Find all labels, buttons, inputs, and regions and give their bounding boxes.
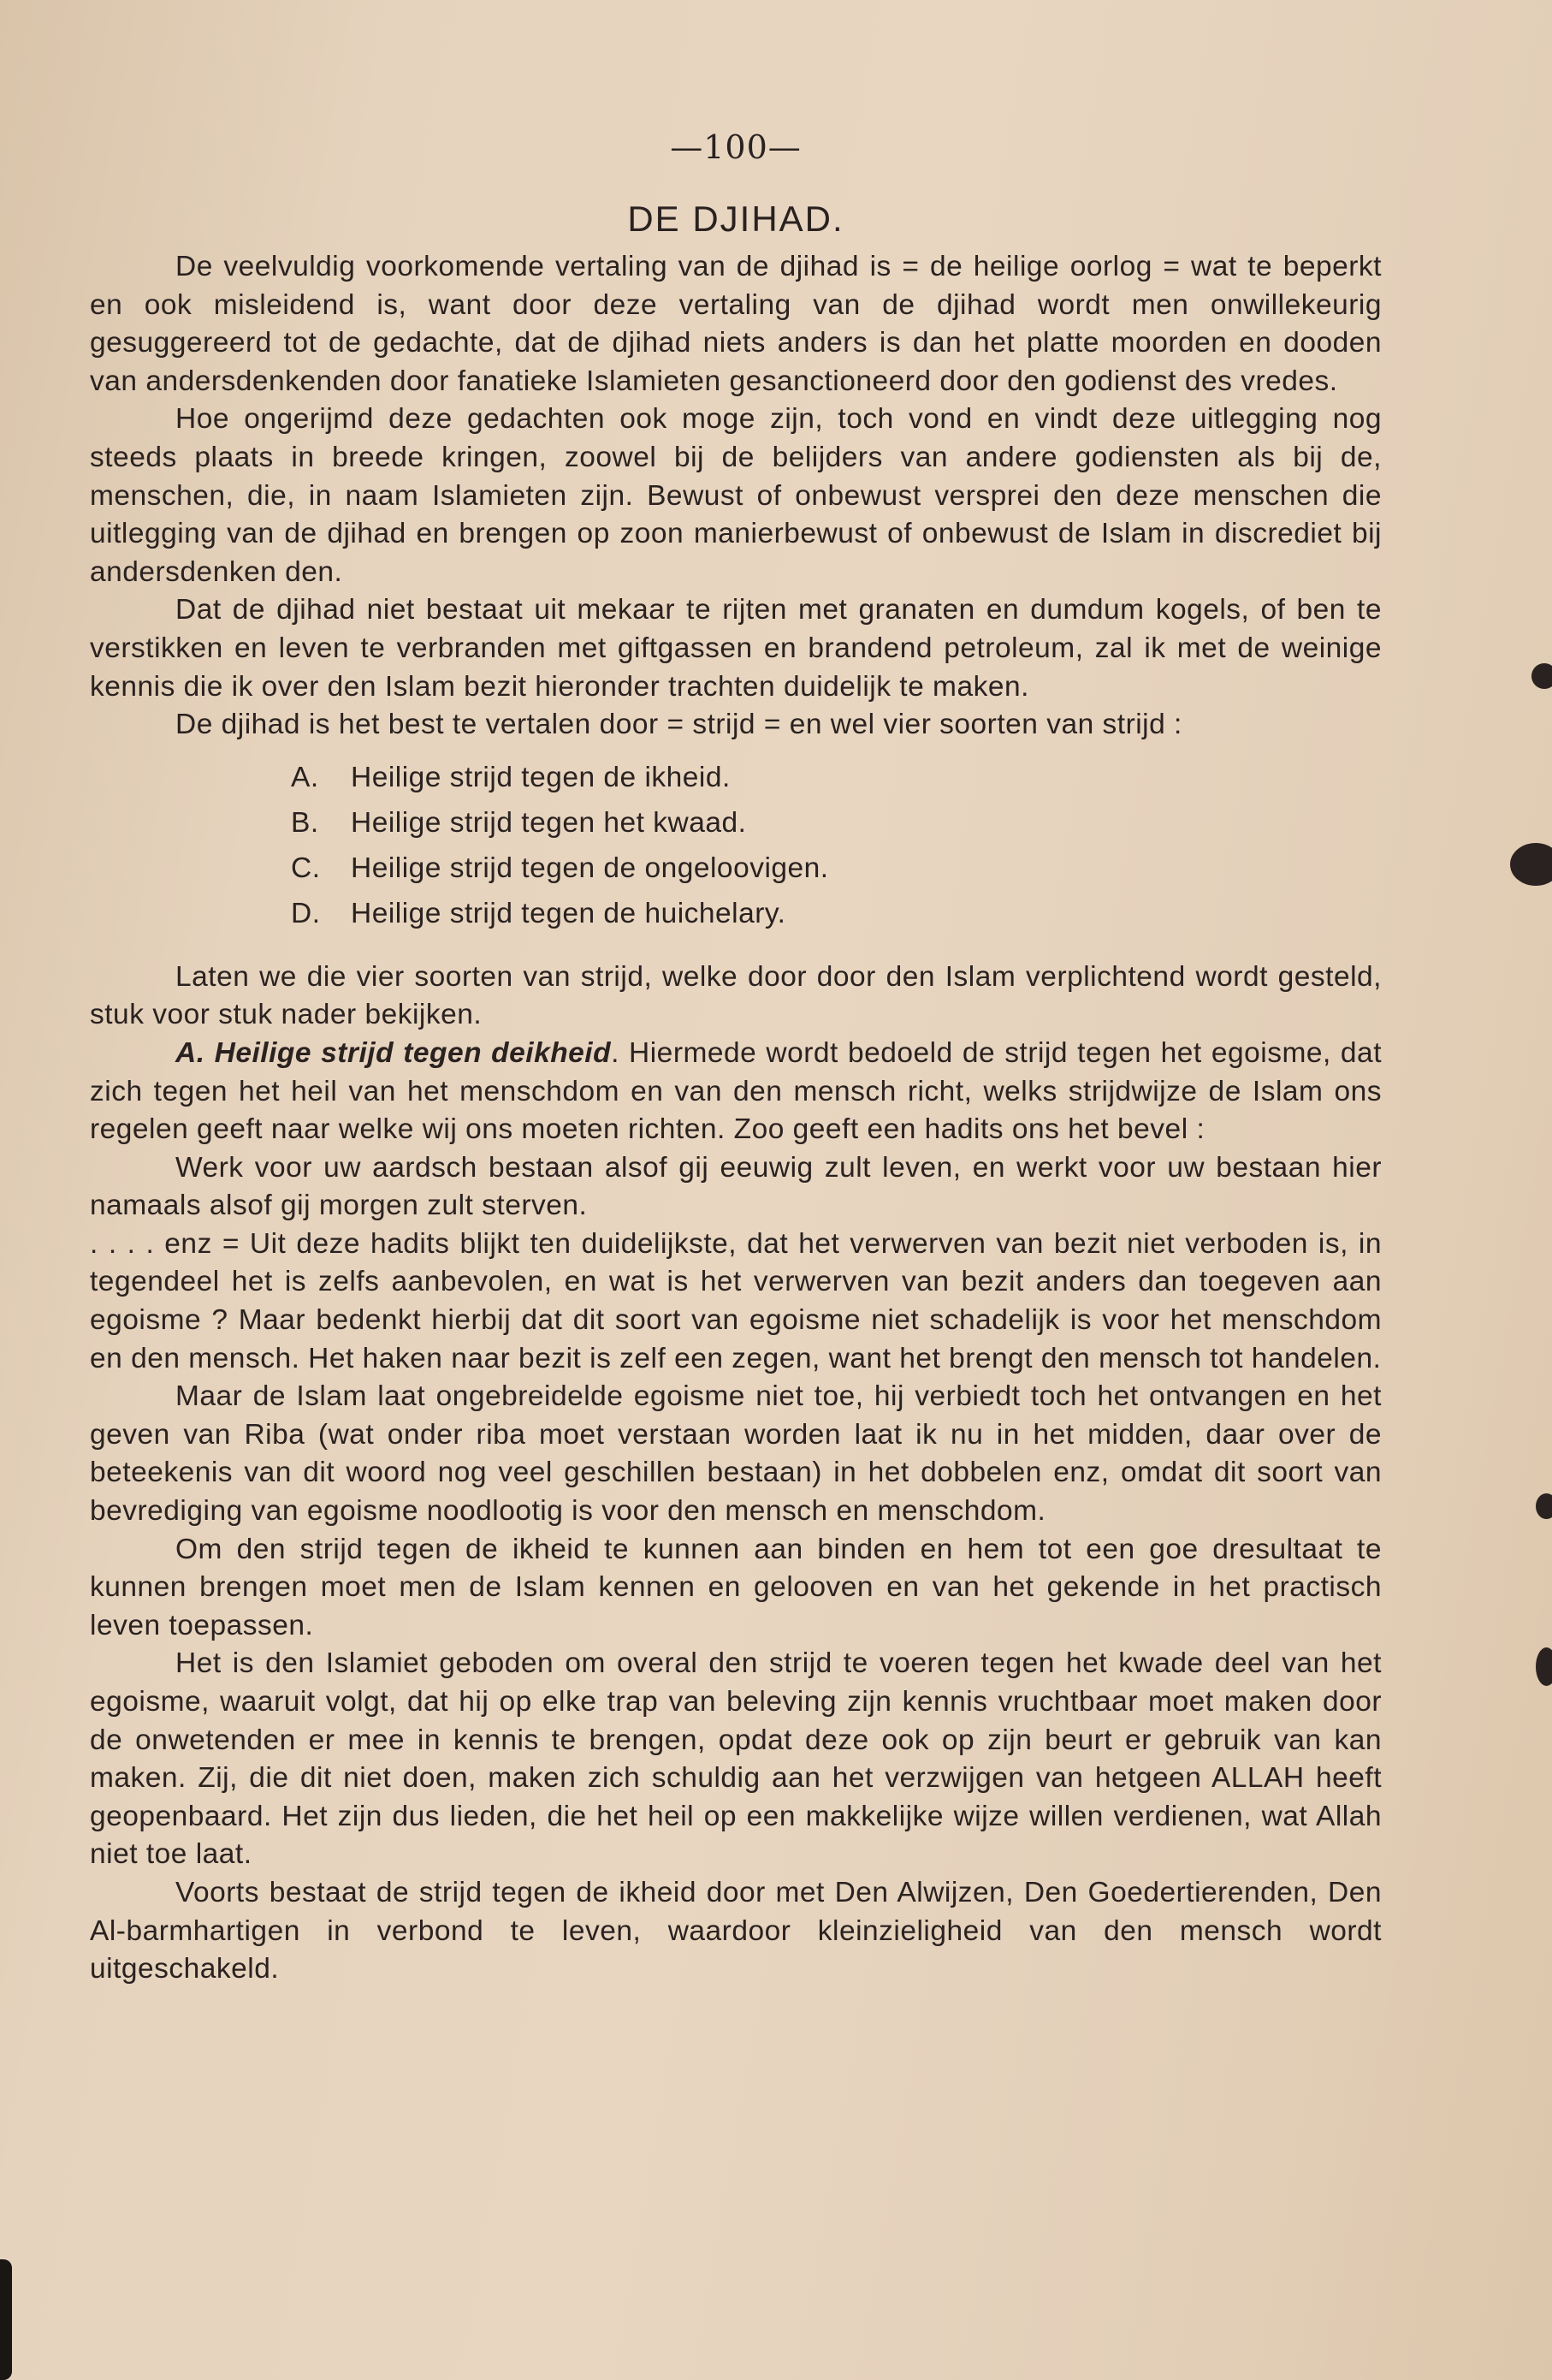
- paragraph: . . . . enz = Uit deze hadits blijkt ten…: [90, 1226, 1382, 1378]
- paragraph-after-list: Laten we die vier soorten van strijd, we…: [90, 959, 1382, 1035]
- list-item: D.Heilige strijd tegen de huichelary.: [291, 891, 1382, 936]
- page-edge-shadow: [0, 2259, 12, 2380]
- ink-blot: [1536, 1647, 1552, 1686]
- section-a-intro: A. Heilige strijd tegen deikheid. Hierme…: [90, 1035, 1382, 1149]
- paragraph: Het is den Islamiet geboden om overal de…: [90, 1645, 1382, 1874]
- paragraph-misinterpretation: Hoe ongerijmd deze gedachten ook moge zi…: [90, 401, 1382, 591]
- hadith-quote: Werk voor uw aardsch bestaan alsof gij e…: [90, 1149, 1382, 1226]
- list-item: A.Heilige strijd tegen de ikheid.: [291, 755, 1382, 800]
- body-text: De veelvuldig voorkomende vertaling van …: [90, 248, 1382, 1989]
- page-title: DE DJIHAD.: [0, 199, 1472, 240]
- ink-blot: [1510, 843, 1552, 886]
- section-heading: A. Heilige strijd tegen deikheid: [175, 1037, 611, 1069]
- strijd-types-list: A.Heilige strijd tegen de ikheid. B.Heil…: [90, 755, 1382, 936]
- scanned-page: —100— DE DJIHAD. De veelvuldig voorkomen…: [0, 0, 1552, 2380]
- paragraph: Maar de Islam laat ongebreidelde egoisme…: [90, 1378, 1382, 1530]
- page-number: —100—: [0, 128, 1472, 166]
- paragraph-translation: De djihad is het best te vertalen door =…: [90, 706, 1382, 745]
- list-item: C.Heilige strijd tegen de ongeloovigen.: [291, 846, 1382, 891]
- list-item: B.Heilige strijd tegen het kwaad.: [291, 800, 1382, 846]
- ink-blot: [1536, 1493, 1552, 1519]
- paragraph: Om den strijd tegen de ikheid te kunnen …: [90, 1531, 1382, 1646]
- paragraph-intro: De veelvuldig voorkomende vertaling van …: [90, 248, 1382, 401]
- paragraph: Voorts bestaat de strijd tegen de ikheid…: [90, 1874, 1382, 1989]
- ink-blot: [1531, 663, 1552, 689]
- paragraph-purpose: Dat de djihad niet bestaat uit mekaar te…: [90, 591, 1382, 706]
